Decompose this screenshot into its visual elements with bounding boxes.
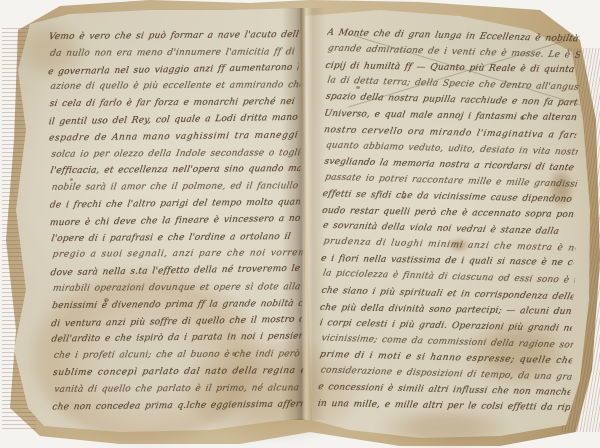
- handwritten-line: che i profeti alcuni; che al buono è che…: [52, 346, 304, 364]
- handwritten-line: Vemo è vero che si può formar a nave l'a…: [47, 27, 300, 46]
- handwritten-line: azione di quello è più eccellente et amm…: [49, 78, 301, 96]
- right-page-text: A Monte che di gran lunga in Eccellenza …: [318, 25, 579, 421]
- handwritten-line: mirabili operazioni dovunque et opere sì…: [52, 279, 304, 297]
- handwritten-line: espadre de Anna mano vaghissimi tra mane…: [48, 127, 300, 147]
- handwritten-line: l'efficacia, et eccellenza nell'opera si…: [49, 161, 302, 180]
- manuscript-photo: Vemo è vero che si può formar a nave l'a…: [0, 0, 600, 448]
- left-page-text: Vemo è vero che si può formar a nave l'a…: [48, 26, 303, 421]
- handwritten-line: sublime concepì parlato dal nato della r…: [51, 363, 304, 382]
- handwritten-line: che non concedea prima q.lche eggienissi…: [51, 396, 303, 416]
- handwritten-line: in una mille, e mille altri per le colsi…: [316, 396, 571, 416]
- handwritten-line: vanità di quello che parlato è il primo,…: [53, 380, 305, 398]
